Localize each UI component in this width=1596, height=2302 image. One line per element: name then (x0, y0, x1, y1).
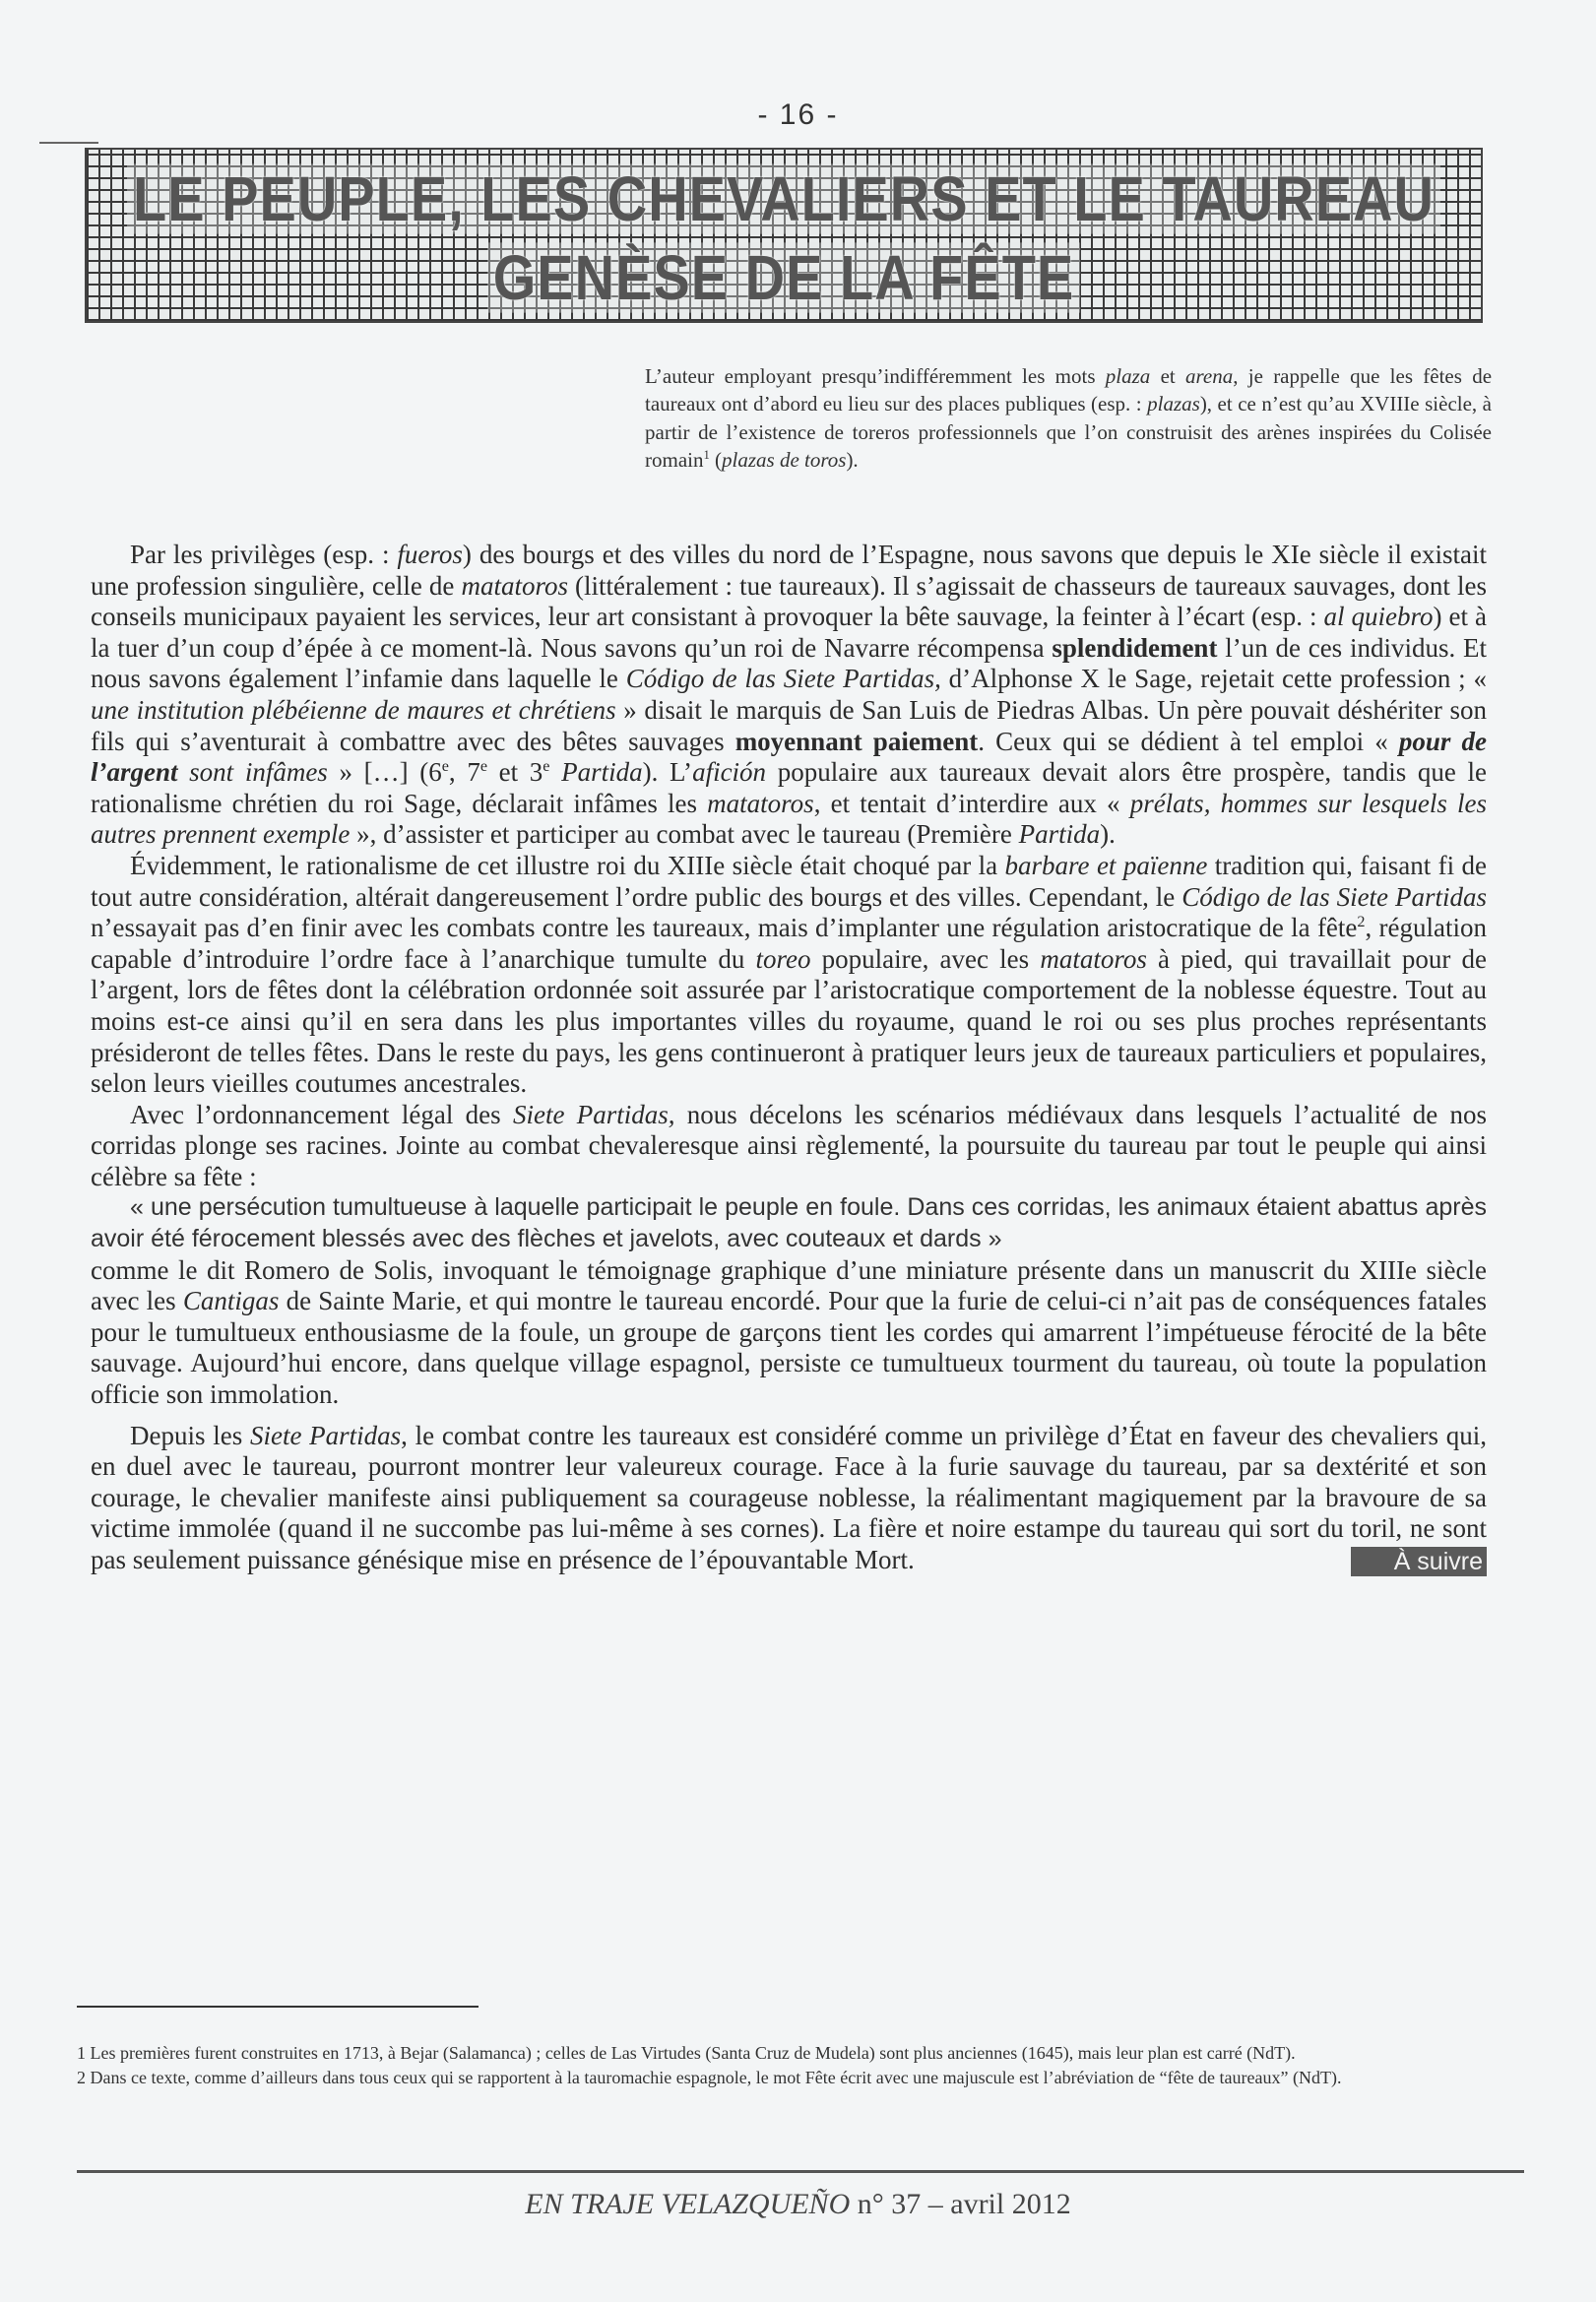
paragraph-2: Évidemment, le rationalisme de cet illus… (91, 851, 1487, 1100)
text (549, 757, 561, 787)
title-line-2: GENÈSE DE LA FÊTE (487, 242, 1081, 312)
italic-term: Cantigas (183, 1286, 280, 1315)
italic-term: toreo (756, 944, 811, 974)
bold-term: moyennant paiement (735, 727, 979, 756)
footnote-divider (77, 2006, 479, 2008)
text: Évidemment, le rationalisme de cet illus… (130, 851, 1005, 880)
italic-quote: une institution plébéienne de maures et … (91, 695, 616, 725)
text: » […] (6 (328, 757, 442, 787)
article-body: Par les privilèges (esp. : fueros) des b… (91, 540, 1487, 1576)
italic-term: afición (692, 757, 766, 787)
italic-quote: sont infâmes (178, 757, 328, 787)
intro-text: ). (846, 448, 858, 472)
intro-italic: plazas de toros (722, 448, 846, 472)
text: Par les privilèges (esp. : (130, 540, 397, 569)
italic-term: fueros (397, 540, 463, 569)
paragraph-1: Par les privilèges (esp. : fueros) des b… (91, 540, 1487, 851)
journal-name: EN TRAJE VELAZQUEÑO (525, 2188, 850, 2220)
italic-term: Código de las Siete Partidas (1181, 882, 1487, 912)
paragraph-5: Depuis les Siete Partidas, le combat con… (91, 1421, 1487, 1576)
bold-term: splendidement (1052, 633, 1217, 663)
italic-term: Partida (561, 757, 643, 787)
text: , et tentait d’interdire aux « (814, 789, 1130, 818)
footnotes: 1 Les premières furent construites en 17… (77, 2041, 1495, 2089)
italic-term: matatoros (461, 571, 568, 601)
italic-term: matatoros (1040, 944, 1147, 974)
italic-term: al quiebro (1324, 602, 1434, 631)
block-quote: « une persécution tumultueuse à laquelle… (91, 1192, 1487, 1254)
text: , 7 (449, 757, 480, 787)
ordinal-sup: e (480, 757, 487, 775)
footnote-ref-2: 2 (1357, 913, 1365, 930)
page-footer: EN TRAJE VELAZQUEÑO n° 37 – avril 2012 (0, 2188, 1596, 2221)
text: . Ceux qui se dédient à tel emploi « (978, 727, 1399, 756)
text: d’Alphonse X le Sage, rejetait cette pro… (941, 664, 1487, 693)
text: de Sainte Marie, et qui montre le taurea… (91, 1286, 1487, 1409)
text: ). (1100, 819, 1116, 849)
footnote-2: 2 Dans ce texte, comme d’ailleurs dans t… (77, 2066, 1495, 2090)
title-banner: LE PEUPLE, LES CHEVALIERS ET LE TAUREAU … (85, 148, 1483, 323)
margin-rule (39, 142, 98, 144)
text: et 3 (487, 757, 543, 787)
intro-italic: plaza (1106, 364, 1151, 388)
text: n’essayait pas d’en finir avec les comba… (91, 913, 1357, 942)
intro-italic: arena (1185, 364, 1233, 388)
intro-italic: plazas (1147, 392, 1200, 416)
issue-info: n° 37 – avril 2012 (850, 2188, 1070, 2220)
text: ). L’ (643, 757, 692, 787)
intro-text: et (1150, 364, 1185, 388)
text: Avec l’ordonnancement légal des (130, 1100, 513, 1129)
title-line-1: LE PEUPLE, LES CHEVALIERS ET LE TAUREAU (127, 164, 1440, 234)
italic-term: Partida (1019, 819, 1101, 849)
footnote-1: 1 Les premières furent construites en 17… (77, 2041, 1495, 2066)
paragraph-3: Avec l’ordonnancement légal des Siete Pa… (91, 1100, 1487, 1193)
italic-term: Siete Partidas (250, 1421, 401, 1450)
text: populaire, avec les (811, 944, 1041, 974)
italic-term: Siete Partidas, (513, 1100, 675, 1129)
footer-divider (77, 2170, 1524, 2173)
intro-text: ( (710, 448, 722, 472)
intro-note: L’auteur employant presqu’indifféremment… (645, 362, 1492, 475)
italic-term: barbare et païenne (1005, 851, 1208, 880)
text: », d’assister et participer au combat av… (350, 819, 1018, 849)
page-number: - 16 - (0, 98, 1596, 132)
intro-text: L’auteur employant presqu’indifféremment… (645, 364, 1106, 388)
italic-term: matatoros (707, 789, 814, 818)
text: Depuis les (130, 1421, 250, 1450)
italic-term: Código de las Siete Partidas, (626, 664, 941, 693)
to-be-continued-label: À suivre (1351, 1547, 1487, 1576)
paragraph-4: comme le dit Romero de Solis, invoquant … (91, 1255, 1487, 1411)
ordinal-sup: e (442, 757, 449, 775)
